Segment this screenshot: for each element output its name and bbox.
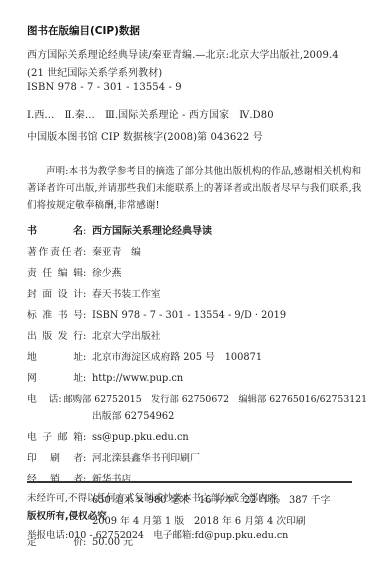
meta-row-distributor: 经销者:新华书店 [27,469,367,490]
cip-line-verification: 中国版本图书馆 CIP 数据核字(2008)第 043622 号 [27,128,263,143]
meta-row-editor: 责任编辑:徐少燕 [27,263,367,284]
footer-divider [27,481,352,483]
cip-line-series: (21 世纪国际关系学系列教材) [27,64,162,79]
meta-row-printer: 印刷者:河北滦县鑫华书刊印刷厂 [27,448,367,469]
permission-statement: 声明:本书为教学参考目的摘选了部分其他出版机构的作品,感谢相关机构和著译者许可出… [27,163,363,214]
meta-row-publisher: 出版发行:北京大学出版社 [27,326,367,347]
cip-heading: 图书在版编目(CIP)数据 [27,23,140,38]
meta-row-cover-design: 封面设计:春天书装工作室 [27,284,367,305]
meta-row-phone: 电话:邮购部 62752015 发行部 62750672 编辑部 6276501… [27,389,367,406]
cip-line-classification: Ⅰ.西… Ⅱ.秦… Ⅲ.国际关系理论 - 西方国家 Ⅳ.D80 [27,106,274,121]
meta-label: 书名 [27,221,83,242]
cip-line-title: 西方国际关系理论经典导读/秦亚青编.—北京:北京大学出版社,2009.4 [27,46,339,61]
rights-reserved: 版权所有,侵权必究 [27,508,107,522]
meta-value: 西方国际关系理论经典导读 [92,221,367,242]
meta-row-website: 网址:http://www.pup.cn [27,368,367,389]
meta-row-phone-cont: 出版部 62754962 [27,406,367,427]
meta-row-address: 地址:北京市海淀区成府路 205 号 100871 [27,347,367,368]
website-link: http://www.pup.cn [92,368,367,389]
meta-row-isbn: 标准书号:ISBN 978 - 7 - 301 - 13554 - 9/D · … [27,305,367,326]
copy-notice: 未经许可,不得以任何方式复制或抄袭本书之部分或全部内容。 [27,490,287,504]
meta-row-author: 著作责任者:秦亚青 编 [27,242,367,263]
meta-row-email: 电子邮箱:ss@pup.pku.edu.cn [27,427,367,448]
meta-row-book-title: 书名:西方国际关系理论经典导读 [27,221,367,242]
report-contact: 举报电话:010 - 62752024 电子邮箱:fd@pup.pku.edu.… [27,527,288,541]
cip-line-isbn: ISBN 978 - 7 - 301 - 13554 - 9 [27,82,182,93]
